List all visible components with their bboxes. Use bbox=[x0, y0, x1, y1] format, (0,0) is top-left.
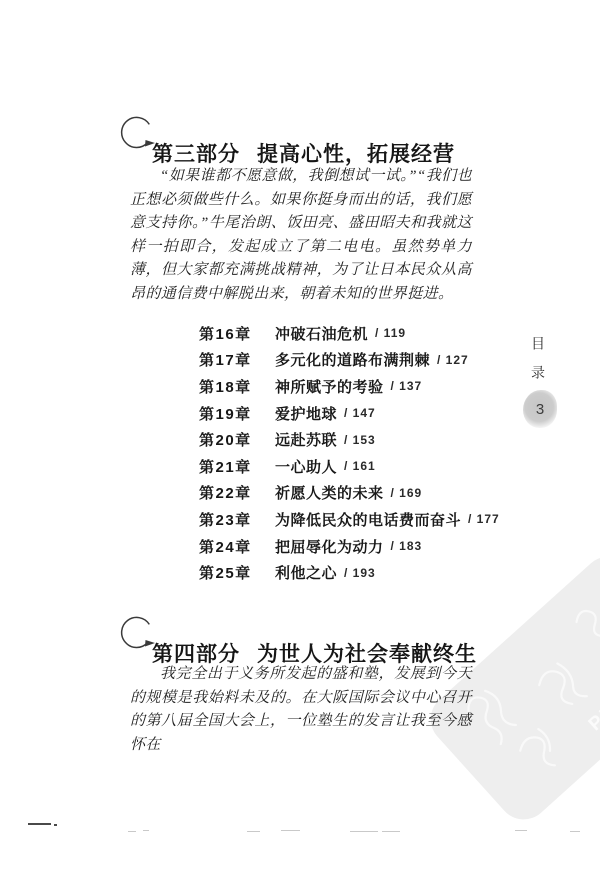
chapter-title: 冲破石油危机 bbox=[275, 323, 368, 344]
chapter-title: 多元化的道路布满荆棘 bbox=[275, 349, 430, 370]
chapter-title: 远赴苏联 bbox=[275, 429, 337, 450]
part3-intro-paragraph: “如果谁都不愿意做，我倒想试一试。”“我们也正想必须做些什么。如果你挺身而出的话… bbox=[130, 165, 472, 306]
part3-title: 提高心性，拓展经营 bbox=[257, 138, 455, 168]
scan-mark bbox=[281, 830, 300, 831]
margin-section-label: 目录 bbox=[528, 336, 548, 394]
scan-mark bbox=[515, 830, 527, 831]
chapter-page-number: / 169 bbox=[391, 486, 423, 500]
chapter-number: 第21章 bbox=[199, 456, 265, 477]
scan-mark bbox=[54, 824, 57, 826]
part3-label: 第三部分 bbox=[152, 138, 240, 168]
chapter-number: 第17章 bbox=[199, 349, 265, 370]
toc-entry: 第20章 远赴苏联 / 153 bbox=[199, 426, 500, 453]
book-toc-page: PDG 第三部分 提高心性，拓展经营 “如果谁都不愿意做，我倒想试一试。”“我们… bbox=[0, 0, 600, 869]
chapter-page-number: / 183 bbox=[391, 539, 423, 553]
toc-entry: 第18章 神所赋予的考验 / 137 bbox=[199, 373, 500, 400]
chapter-title: 一心助人 bbox=[275, 456, 337, 477]
chapter-number: 第23章 bbox=[199, 509, 265, 530]
chapter-page-number: / 153 bbox=[344, 433, 376, 447]
page-number: 3 bbox=[536, 401, 544, 418]
chapter-page-number: / 119 bbox=[375, 326, 406, 340]
page-number-blob: 3 bbox=[523, 390, 557, 428]
part4-intro-paragraph: 我完全出于义务所发起的盛和塾，发展到今天的规模是我始料未及的。在大阪国际会议中心… bbox=[130, 663, 472, 757]
toc-entry: 第17章 多元化的道路布满荆棘 / 127 bbox=[199, 347, 500, 374]
chapter-title: 祈愿人类的未来 bbox=[275, 482, 384, 503]
chapter-page-number: / 177 bbox=[468, 512, 500, 526]
scan-mark bbox=[247, 831, 260, 832]
chapter-title: 为降低民众的电话费而奋斗 bbox=[275, 509, 461, 530]
chapter-title: 神所赋予的考验 bbox=[275, 376, 384, 397]
toc-entry: 第19章 爱护地球 / 147 bbox=[199, 400, 500, 427]
chapter-page-number: / 127 bbox=[437, 353, 469, 367]
chapter-title: 把屈辱化为动力 bbox=[275, 536, 384, 557]
chapter-page-number: / 147 bbox=[344, 406, 376, 420]
scan-mark bbox=[350, 831, 378, 832]
chapter-title: 利他之心 bbox=[275, 562, 337, 583]
toc-entry: 第24章 把屈辱化为动力 / 183 bbox=[199, 533, 500, 560]
chapter-number: 第19章 bbox=[199, 403, 265, 424]
chapter-page-number: / 161 bbox=[344, 459, 376, 473]
chapter-number: 第24章 bbox=[199, 536, 265, 557]
toc-entry: 第23章 为降低民众的电话费而奋斗 / 177 bbox=[199, 506, 500, 533]
part3-heading: 第三部分 提高心性，拓展经营 bbox=[152, 138, 455, 168]
chapter-number: 第25章 bbox=[199, 562, 265, 583]
toc-entry: 第22章 祈愿人类的未来 / 169 bbox=[199, 480, 500, 507]
scan-mark bbox=[143, 830, 149, 831]
chapter-page-number: / 193 bbox=[344, 566, 376, 580]
chapter-number: 第22章 bbox=[199, 482, 265, 503]
chapter-number: 第20章 bbox=[199, 429, 265, 450]
scan-mark bbox=[28, 823, 51, 825]
scan-mark bbox=[570, 831, 580, 832]
chapter-title: 爱护地球 bbox=[275, 403, 337, 424]
toc-entry: 第21章 一心助人 / 161 bbox=[199, 453, 500, 480]
chapter-number: 第18章 bbox=[199, 376, 265, 397]
scan-mark bbox=[382, 831, 400, 832]
chapter-page-number: / 137 bbox=[391, 379, 423, 393]
chapter-number: 第16章 bbox=[199, 323, 265, 344]
scan-mark bbox=[128, 831, 136, 832]
chapter-list: 第16章 冲破石油危机 / 119 第17章 多元化的道路布满荆棘 / 127 … bbox=[199, 320, 500, 586]
toc-entry: 第16章 冲破石油危机 / 119 bbox=[199, 320, 500, 347]
toc-entry: 第25章 利他之心 / 193 bbox=[199, 559, 500, 586]
